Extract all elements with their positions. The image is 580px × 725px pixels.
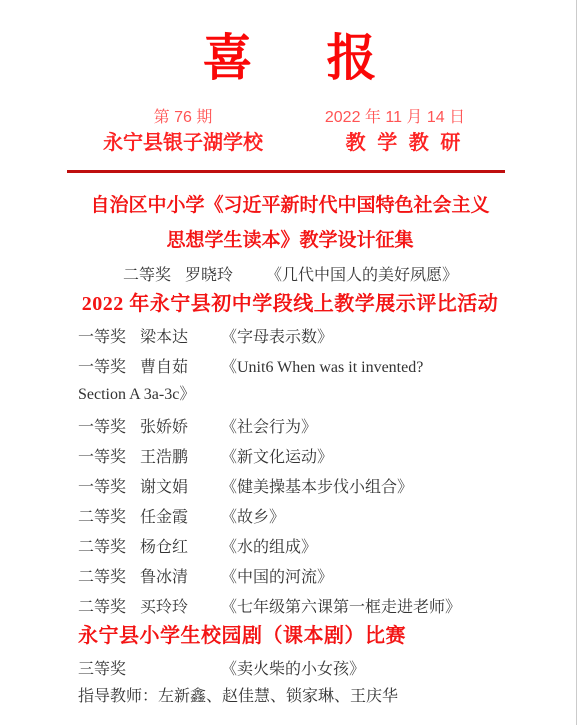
newsletter-title: 喜 报	[0, 0, 580, 84]
work-title: 《水的组成》	[221, 534, 502, 557]
awardee-name: 买玲玲	[140, 594, 221, 617]
award-row: 一等奖 张娇娇 《社会行为》	[78, 410, 502, 440]
award-row: 三等奖 《卖火柴的小女孩》	[78, 652, 502, 682]
work-title: 《社会行为》	[221, 414, 502, 437]
award-row: 一等奖 谢文娟 《健美操基本步伐小组合》	[78, 470, 502, 500]
award-rank: 二等奖	[78, 504, 140, 527]
award-row: 一等奖 梁本达 《字母表示数》	[78, 320, 502, 350]
awardee-name: 谢文娟	[140, 474, 221, 497]
awardee-name: 张娇娇	[140, 414, 221, 437]
section1-heading: 自治区中小学《习近平新时代中国特色社会主义 思想学生读本》教学设计征集	[78, 188, 502, 258]
work-title: 《健美操基本步伐小组合》	[221, 474, 502, 497]
award-rank: 三等奖	[78, 656, 140, 679]
work-title: 《中国的河流》	[221, 564, 502, 587]
work-title: 《卖火柴的小女孩》	[221, 656, 502, 679]
award-row: 一等奖 曹自茹 《Unit6 When was it invented?	[78, 350, 502, 380]
section1-heading-line2: 思想学生读本》教学设计征集	[78, 223, 502, 258]
work-title: 《Unit6 When was it invented?	[221, 354, 502, 377]
section3-heading: 永宁县小学生校园剧（课本剧）比赛	[78, 620, 502, 652]
masthead-divider	[67, 170, 505, 173]
department-label: 教 学 教 研	[226, 132, 580, 154]
work-title: 《新文化运动》	[221, 444, 502, 467]
section1-heading-line1: 自治区中小学《习近平新时代中国特色社会主义	[78, 188, 502, 223]
award-row: 二等奖 杨仓红 《水的组成》	[78, 530, 502, 560]
work-title: 《几代中国人的美好夙愿》	[266, 262, 502, 285]
awardee-name: 鲁冰清	[140, 564, 221, 587]
section2-heading: 2022 年永宁县初中学段线上教学展示评比活动	[78, 288, 502, 320]
award-row: 二等奖 买玲玲 《七年级第六课第一框走进老师》	[78, 590, 502, 620]
award-rank: 一等奖	[78, 324, 140, 347]
award-rank: 一等奖	[78, 414, 140, 437]
award-rank: 二等奖	[123, 262, 185, 285]
advisors-line: 指导教师：左新鑫、赵佳慧、锁家琳、王庆华	[78, 682, 502, 712]
award-rank: 一等奖	[78, 474, 140, 497]
work-title: 《字母表示数》	[221, 324, 502, 347]
awardee-name: 罗晓玲	[185, 262, 266, 285]
award-rank: 二等奖	[78, 564, 140, 587]
award-rank: 一等奖	[78, 354, 140, 377]
award-rank: 二等奖	[78, 594, 140, 617]
award-row: 二等奖 罗晓玲 《几代中国人的美好夙愿》	[123, 258, 502, 288]
awardee-name: 王浩鹏	[140, 444, 221, 467]
awardee-name: 曹自茹	[140, 354, 221, 377]
document-page: 喜 报 第 76 期 2022 年 11 月 14 日 永宁县银子湖学校 教 学…	[0, 0, 580, 725]
work-title-continuation: Section A 3a-3c》	[78, 380, 502, 410]
work-title: 《七年级第六课第一框走进老师》	[221, 594, 502, 617]
awardee-name: 梁本达	[140, 324, 221, 347]
awardee-name: 任金霞	[140, 504, 221, 527]
award-row: 二等奖 任金霞 《故乡》	[78, 500, 502, 530]
issue-date: 2022 年 11 月 14 日	[210, 109, 580, 126]
awardee-name: 杨仓红	[140, 534, 221, 557]
award-row: 一等奖 王浩鹏 《新文化运动》	[78, 440, 502, 470]
award-row: 二等奖 鲁冰清 《中国的河流》	[78, 560, 502, 590]
masthead: 喜 报 第 76 期 2022 年 11 月 14 日 永宁县银子湖学校 教 学…	[0, 0, 580, 84]
document-body: 自治区中小学《习近平新时代中国特色社会主义 思想学生读本》教学设计征集 二等奖 …	[78, 188, 502, 712]
work-title: 《故乡》	[221, 504, 502, 527]
page-right-edge	[576, 0, 577, 725]
award-rank: 一等奖	[78, 444, 140, 467]
award-rank: 二等奖	[78, 534, 140, 557]
